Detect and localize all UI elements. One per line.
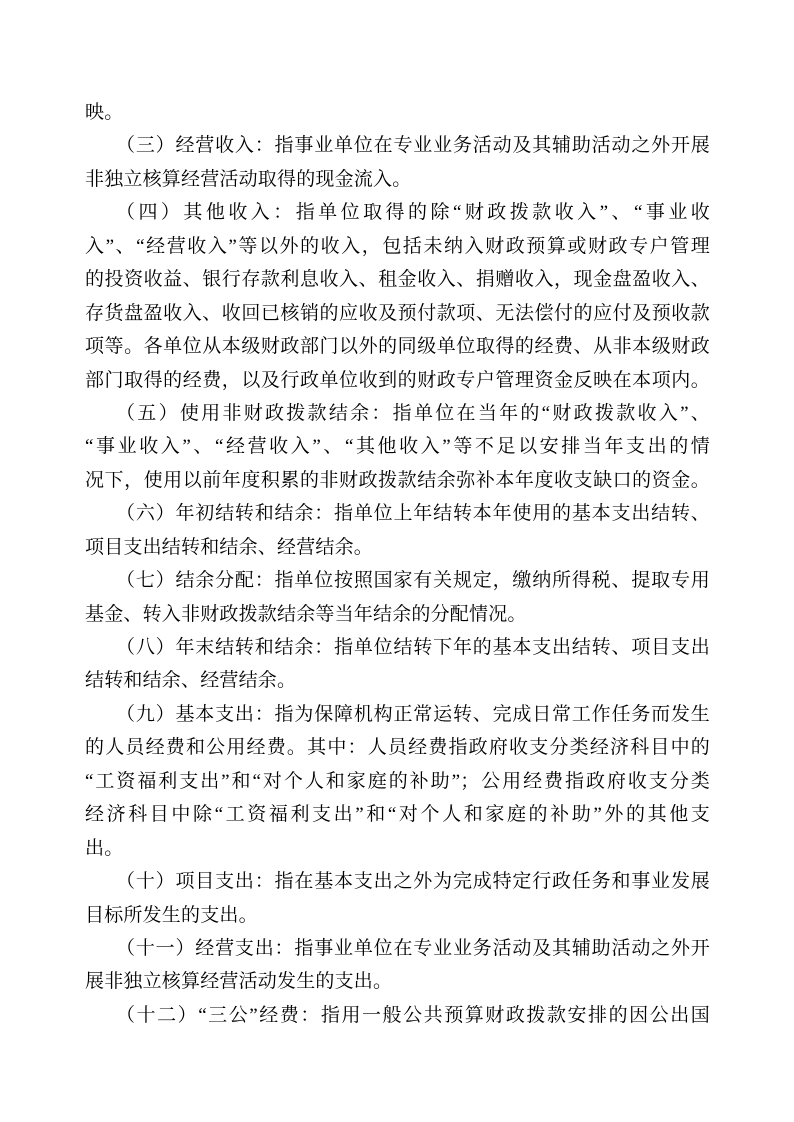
text-line: （十一）经营支出：指事业单位在专业业务活动及其辅助活动之外开	[85, 932, 710, 965]
text-line: “事业收入”、“经营收入”、“其他收入”等不足以安排当年支出的情	[85, 430, 710, 463]
paragraph: （四）其他收入：指单位取得的除“财政拨款收入”、“事业收 入”、“经营收入”等以…	[85, 196, 710, 397]
text-line: （十二）“三公”经费：指用一般公共预算财政拨款安排的因公出国	[85, 999, 710, 1032]
paragraph: 映。	[85, 96, 710, 129]
paragraph: （八）年末结转和结余：指单位结转下年的基本支出结转、项目支出 结转和结余、经营结…	[85, 631, 710, 698]
paragraph: （七）结余分配：指单位按照国家有关规定，缴纳所得税、提取专用 基金、转入非财政拨…	[85, 564, 710, 631]
text-line: 况下，使用以前年度积累的非财政拨款结余弥补本年度收支缺口的资金。	[85, 464, 710, 497]
paragraph: （六）年初结转和结余：指单位上年结转本年使用的基本支出结转、 项目支出结转和结余…	[85, 497, 710, 564]
text-line: 项等。各单位从本级财政部门以外的同级单位取得的经费、从非本级财政	[85, 330, 710, 363]
text-line: （八）年末结转和结余：指单位结转下年的基本支出结转、项目支出	[85, 631, 710, 664]
text-line: 目标所发生的支出。	[85, 899, 710, 932]
text-line: （四）其他收入：指单位取得的除“财政拨款收入”、“事业收	[85, 196, 710, 229]
text-line: 展非独立核算经营活动发生的支出。	[85, 965, 710, 998]
text-line: 存货盘盈收入、收回已核销的应收及预付款项、无法偿付的应付及预收款	[85, 297, 710, 330]
paragraph: （九）基本支出：指为保障机构正常运转、完成日常工作任务而发生 的人员经费和公用经…	[85, 698, 710, 865]
paragraph: （十一）经营支出：指事业单位在专业业务活动及其辅助活动之外开 展非独立核算经营活…	[85, 932, 710, 999]
text-line: 部门取得的经费，以及行政单位收到的财政专户管理资金反映在本项内。	[85, 364, 710, 397]
text-line: “工资福利支出”和“对个人和家庭的补助”；公用经费指政府收支分类	[85, 765, 710, 798]
text-line: （六）年初结转和结余：指单位上年结转本年使用的基本支出结转、	[85, 497, 710, 530]
document-page: 映。 （三）经营收入：指事业单位在专业业务活动及其辅助活动之外开展 非独立核算经…	[0, 0, 794, 1122]
text-line: （三）经营收入：指事业单位在专业业务活动及其辅助活动之外开展	[85, 129, 710, 162]
document-text-block: 映。 （三）经营收入：指事业单位在专业业务活动及其辅助活动之外开展 非独立核算经…	[85, 96, 710, 1032]
paragraph: （五）使用非财政拨款结余：指单位在当年的“财政拨款收入”、 “事业收入”、“经营…	[85, 397, 710, 497]
text-line: 非独立核算经营活动取得的现金流入。	[85, 163, 710, 196]
text-line: 基金、转入非财政拨款结余等当年结余的分配情况。	[85, 598, 710, 631]
text-line: 入”、“经营收入”等以外的收入，包括未纳入财政预算或财政专户管理	[85, 230, 710, 263]
text-line: 结转和结余、经营结余。	[85, 664, 710, 697]
paragraph: （三）经营收入：指事业单位在专业业务活动及其辅助活动之外开展 非独立核算经营活动…	[85, 129, 710, 196]
text-line: （九）基本支出：指为保障机构正常运转、完成日常工作任务而发生	[85, 698, 710, 731]
text-line: 项目支出结转和结余、经营结余。	[85, 531, 710, 564]
text-line: 的人员经费和公用经费。其中：人员经费指政府收支分类经济科目中的	[85, 731, 710, 764]
text-line: 映。	[85, 96, 710, 129]
text-line: （十）项目支出：指在基本支出之外为完成特定行政任务和事业发展	[85, 865, 710, 898]
text-line: 经济科目中除“工资福利支出”和“对个人和家庭的补助”外的其他支	[85, 798, 710, 831]
paragraph: （十）项目支出：指在基本支出之外为完成特定行政任务和事业发展 目标所发生的支出。	[85, 865, 710, 932]
text-line: 出。	[85, 832, 710, 865]
paragraph: （十二）“三公”经费：指用一般公共预算财政拨款安排的因公出国	[85, 999, 710, 1032]
text-line: （七）结余分配：指单位按照国家有关规定，缴纳所得税、提取专用	[85, 564, 710, 597]
text-line: 的投资收益、银行存款利息收入、租金收入、捐赠收入，现金盘盈收入、	[85, 263, 710, 296]
text-line: （五）使用非财政拨款结余：指单位在当年的“财政拨款收入”、	[85, 397, 710, 430]
